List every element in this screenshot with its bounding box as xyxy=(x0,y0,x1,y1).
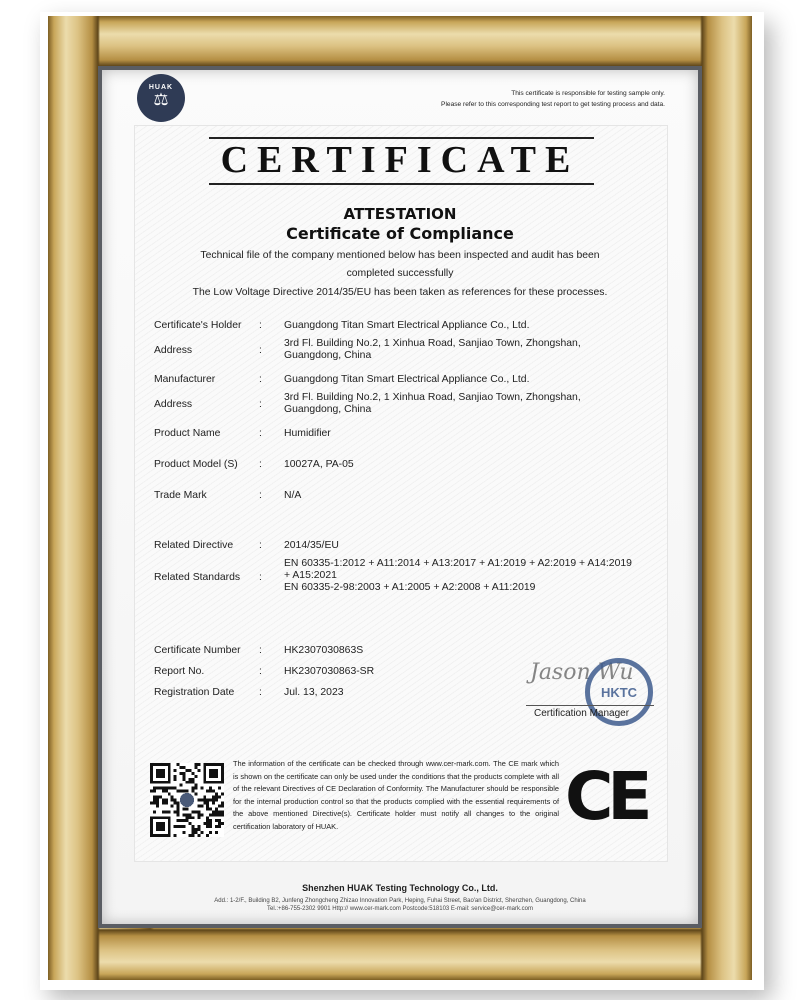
field-separator: : xyxy=(259,428,262,439)
field-separator: : xyxy=(259,459,262,470)
field-value-line: Guangdong Titan Smart Electrical Applian… xyxy=(284,374,684,386)
field-separator: : xyxy=(259,320,262,331)
signatory-title: Certification Manager xyxy=(534,708,629,719)
field-value: Guangdong Titan Smart Electrical Applian… xyxy=(284,320,684,332)
qr-code[interactable] xyxy=(150,763,224,837)
field-separator: : xyxy=(259,540,262,551)
field-label: Address xyxy=(154,345,254,356)
field-value: EN 60335-1:2012 + A11:2014 + A13:2017 + … xyxy=(284,558,684,594)
issuer-contact: Tel.:+86-755-2302 9901 Http:// www.cer-m… xyxy=(0,906,800,912)
field-value-line: 3rd Fl. Building No.2, 1 Xinhua Road, Sa… xyxy=(284,392,684,404)
field-value-line: HK2307030863S xyxy=(284,645,684,657)
field-label: Trade Mark xyxy=(154,490,254,501)
field-label: Certificate's Holder xyxy=(154,320,254,331)
field-value: 10027A, PA-05 xyxy=(284,459,684,471)
issuer-address: Add.: 1-2/F., Building B2, Junfeng Zhong… xyxy=(0,898,800,904)
stamp-text: HKTC xyxy=(601,685,637,700)
field-separator: : xyxy=(259,399,262,410)
field-value-line: Humidifier xyxy=(284,428,684,440)
disclaimer-line: Please refer to this corresponding test … xyxy=(441,99,665,110)
attestation-heading: ATTESTATION xyxy=(0,205,800,223)
field-value-line: Guangdong, China xyxy=(284,350,684,362)
intro-line: completed successfully xyxy=(0,268,800,279)
huak-logo: HUAK ⚖ xyxy=(137,74,185,122)
field-value-line: 10027A, PA-05 xyxy=(284,459,684,471)
field-separator: : xyxy=(259,645,262,656)
ce-mark: CE xyxy=(565,762,647,832)
field-value-line: EN 60335-1:2012 + A11:2014 + A13:2017 + … xyxy=(284,558,684,570)
field-label: Certificate Number xyxy=(154,645,254,656)
field-value: 3rd Fl. Building No.2, 1 Xinhua Road, Sa… xyxy=(284,338,684,362)
scales-icon: ⚖ xyxy=(153,91,168,108)
field-value-line: EN 60335-2-98:2003 + A1:2005 + A2:2008 +… xyxy=(284,582,684,594)
intro-line: Technical file of the company mentioned … xyxy=(0,250,800,261)
field-value-line: 3rd Fl. Building No.2, 1 Xinhua Road, Sa… xyxy=(284,338,684,350)
field-value: HK2307030863S xyxy=(284,645,684,657)
verification-notice: The information of the certificate can b… xyxy=(233,758,559,833)
field-value-line: + A15:2021 xyxy=(284,570,684,582)
attestation-subheading: Certificate of Compliance xyxy=(0,224,800,243)
field-value: 2014/35/EU xyxy=(284,540,684,552)
field-label: Registration Date xyxy=(154,687,254,698)
field-label: Manufacturer xyxy=(154,374,254,385)
field-value: N/A xyxy=(284,490,684,502)
field-value-line: Guangdong, China xyxy=(284,404,684,416)
field-value-line: Guangdong Titan Smart Electrical Applian… xyxy=(284,320,684,332)
issuer-company: Shenzhen HUAK Testing Technology Co., Lt… xyxy=(0,883,800,893)
field-separator: : xyxy=(259,572,262,583)
field-separator: : xyxy=(259,345,262,356)
field-value-line: 2014/35/EU xyxy=(284,540,684,552)
field-value-line: N/A xyxy=(284,490,684,502)
field-label: Report No. xyxy=(154,666,254,677)
title-rule-bottom xyxy=(209,183,594,185)
field-separator: : xyxy=(259,490,262,501)
field-label: Related Directive xyxy=(154,540,254,551)
disclaimer-line: This certificate is responsible for test… xyxy=(441,88,665,99)
field-value: Guangdong Titan Smart Electrical Applian… xyxy=(284,374,684,386)
field-separator: : xyxy=(259,374,262,385)
disclaimer: This certificate is responsible for test… xyxy=(441,88,665,110)
field-label: Product Model (S) xyxy=(154,459,254,470)
field-separator: : xyxy=(259,687,262,698)
field-value: Humidifier xyxy=(284,428,684,440)
signature-line xyxy=(526,705,654,706)
field-label: Related Standards xyxy=(154,572,254,583)
intro-line: The Low Voltage Directive 2014/35/EU has… xyxy=(0,287,800,298)
field-value: 3rd Fl. Building No.2, 1 Xinhua Road, Sa… xyxy=(284,392,684,416)
certificate-title: CERTIFICATE xyxy=(200,138,600,182)
field-label: Address xyxy=(154,399,254,410)
field-separator: : xyxy=(259,666,262,677)
field-label: Product Name xyxy=(154,428,254,439)
